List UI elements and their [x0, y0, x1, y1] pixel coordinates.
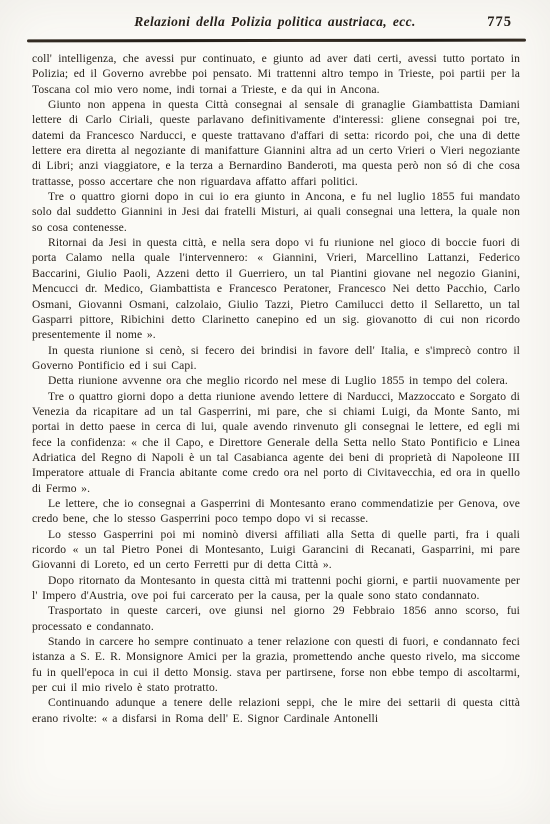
paragraph: Tre o quattro giorni dopo a detta riunio… [32, 389, 520, 496]
paragraph: coll' intelligenza, che avessi pur conti… [32, 51, 520, 97]
paragraph: Giunto non appena in questa Città conseg… [32, 97, 520, 189]
paragraph: Dopo ritornato da Montesanto in questa c… [32, 573, 520, 604]
running-title: Relazioni della Polizia politica austria… [134, 14, 416, 29]
paragraph: In questa riunione si cenò, si fecero de… [32, 343, 520, 374]
paragraph: Detta riunione avvenne ora che meglio ri… [32, 373, 520, 388]
page-number: 775 [487, 14, 512, 31]
paragraph: Stando in carcere ho sempre continuato a… [32, 634, 520, 695]
paragraph: Trasportato in queste carceri, ove giuns… [32, 603, 520, 634]
page-text: coll' intelligenza, che avessi pur conti… [32, 51, 520, 726]
paragraph: Lo stesso Gasperrini poi mi nominò diver… [32, 527, 520, 573]
paragraph: Le lettere, che io consegnai a Gasperrin… [32, 496, 520, 527]
paragraph: Continuando adunque a tenere delle relaz… [32, 695, 520, 726]
paragraph: Tre o quattro giorni dopo in cui io era … [32, 189, 520, 235]
header-rule [27, 39, 526, 43]
paragraph: Ritornai da Jesi in questa città, e nell… [32, 235, 520, 342]
page-header: Relazioni della Polizia politica austria… [28, 13, 522, 35]
book-page: Relazioni della Polizia politica austria… [0, 0, 550, 824]
